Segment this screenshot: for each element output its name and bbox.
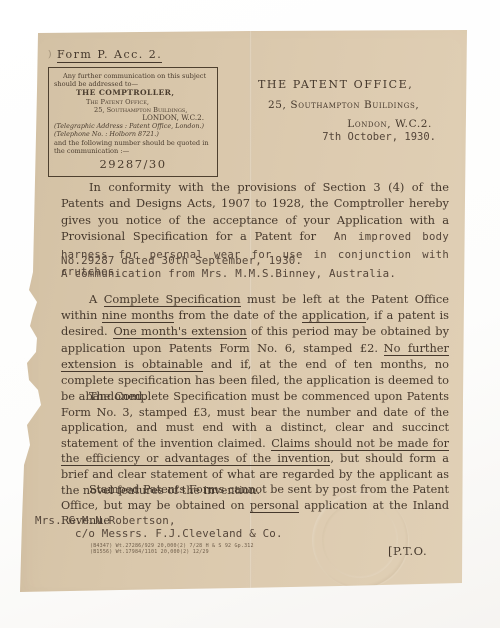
- letterhead-date: 7th October, 1930.: [258, 131, 440, 143]
- recipient-name: Mrs. G.M.N.Robertson,: [35, 514, 283, 527]
- application-number-line: No.29287 dated 30th September, 1930.: [61, 254, 396, 267]
- printer-imprint: (B4347) Wt.27286/929 20,000(2) 7/28 H & …: [90, 543, 254, 555]
- printer-imprint-line: (B1556) Wt.17984/1101 20,000(2) 12/29: [90, 549, 254, 555]
- text-segment: Complete Specification: [104, 292, 241, 307]
- stamp-box-telegraphic: (Telegraphic Address : Patent Office, Lo…: [54, 122, 212, 130]
- text-segment: from the date of the: [174, 308, 302, 322]
- text-segment: personal: [250, 499, 299, 513]
- pencil-mark: ): [48, 50, 52, 60]
- letterhead: THE PATENT OFFICE, 25, Southampton Build…: [258, 78, 440, 143]
- stamp-box-city: LONDON, W.C.2.: [54, 114, 212, 122]
- text-segment: nine months: [102, 308, 174, 323]
- stamp-box-comptroller: THE COMPTROLLER,: [54, 89, 212, 97]
- paragraph-complete-specification-deadline: A Complete Specification must be left at…: [61, 291, 449, 404]
- letterhead-office: THE PATENT OFFICE,: [258, 78, 440, 91]
- text-segment: A: [89, 292, 104, 306]
- text-segment: One month's extension: [113, 324, 246, 339]
- stamp-box-notice: Any further communication on this subjec…: [54, 72, 212, 88]
- application-reference-block: No.29287 dated 30th September, 1930. A c…: [61, 254, 396, 281]
- letterhead-city: London, W.C.2.: [258, 118, 440, 130]
- stamp-box-telephone: (Telephone No. : Holborn 8721.): [54, 130, 212, 138]
- document-photo: ) Form P. Acc. 2. Any further communicat…: [0, 0, 500, 628]
- letterhead-address: 25, Southampton Buildings,: [258, 99, 440, 111]
- communication-origin-line: A communication from Mrs. M.M.S.Binney, …: [61, 267, 396, 280]
- letter-paper: ) Form P. Acc. 2. Any further communicat…: [0, 0, 500, 628]
- recipient-address-block: Mrs. G.M.N.Robertson, c/o Messrs. F.J.Cl…: [35, 514, 283, 540]
- text-segment: application: [302, 308, 366, 323]
- stamp-box-office: The Patent Office,: [54, 98, 212, 106]
- reference-number: 29287/30: [54, 160, 212, 168]
- please-turn-over-label: [P.T.O.: [388, 544, 427, 558]
- recipient-care-of: c/o Messrs. F.J.Cleveland & Co.: [35, 527, 283, 540]
- comptroller-address-stamp-box: Any further communication on this subjec…: [48, 67, 218, 177]
- form-number-label: Form P. Acc. 2.: [57, 48, 162, 63]
- stamp-box-quote-note: and the following number should be quote…: [54, 139, 212, 155]
